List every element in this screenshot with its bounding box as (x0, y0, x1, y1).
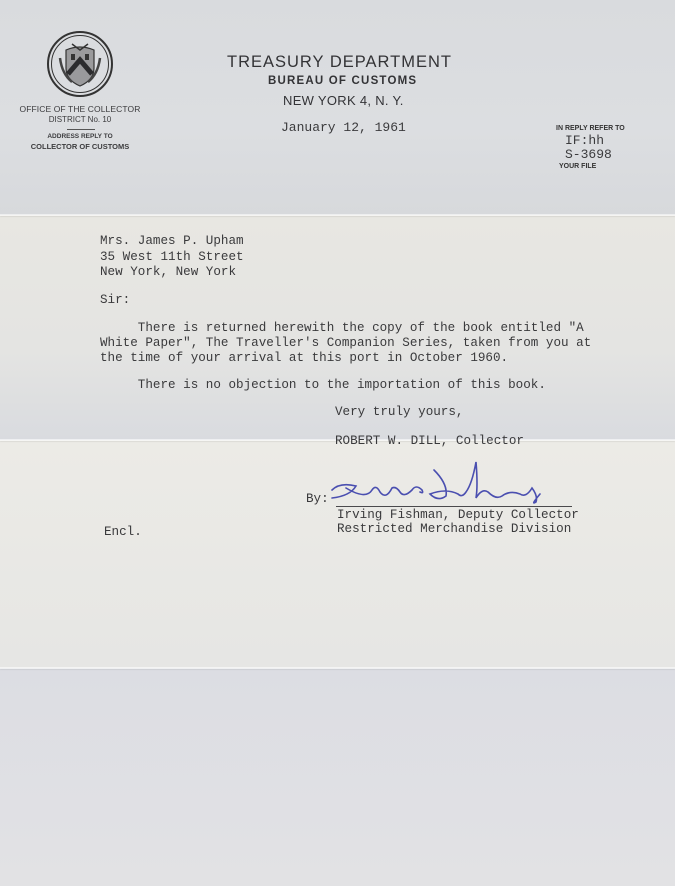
address-reply-label: ADDRESS REPLY TO (0, 133, 160, 140)
your-file-number: S-3698 (565, 147, 612, 162)
divider (67, 129, 95, 130)
body-paragraph-2: There is no objection to the importation… (100, 377, 546, 393)
your-file-label: YOUR FILE (559, 163, 596, 170)
enclosure-note: Encl. (104, 524, 142, 540)
fold-line (0, 214, 675, 216)
body-line: the time of your arrival at this port in… (100, 350, 508, 366)
district-number: DISTRICT No. 10 (0, 115, 160, 124)
recipient-street: 35 West 11th Street (100, 249, 244, 265)
handwritten-signature (326, 458, 556, 508)
recipient-name: Mrs. James P. Upham (100, 233, 244, 249)
letterhead-city: NEW YORK 4, N. Y. (283, 93, 404, 108)
recipient-city: New York, New York (100, 264, 236, 280)
treasury-seal-icon (46, 30, 114, 98)
office-of-collector: OFFICE OF THE COLLECTOR (0, 104, 160, 114)
collector-name: ROBERT W. DILL, Collector (335, 433, 524, 449)
salutation: Sir: (100, 292, 130, 308)
department-title: TREASURY DEPARTMENT (227, 53, 452, 72)
letter-date: January 12, 1961 (281, 120, 406, 135)
body-line: There is returned herewith the copy of t… (100, 320, 584, 336)
reply-refer-label: IN REPLY REFER TO (556, 125, 625, 132)
collector-of-customs: COLLECTOR OF CUSTOMS (0, 142, 160, 151)
signer-division: Restricted Merchandise Division (337, 521, 571, 537)
body-line: White Paper", The Traveller's Companion … (100, 335, 591, 351)
paper-panel-bottom (0, 668, 675, 886)
bureau-title: BUREAU OF CUSTOMS (268, 75, 417, 87)
valediction: Very truly yours, (335, 404, 463, 420)
reply-refer-code: IF:hh (565, 133, 604, 148)
fold-line (0, 667, 675, 669)
